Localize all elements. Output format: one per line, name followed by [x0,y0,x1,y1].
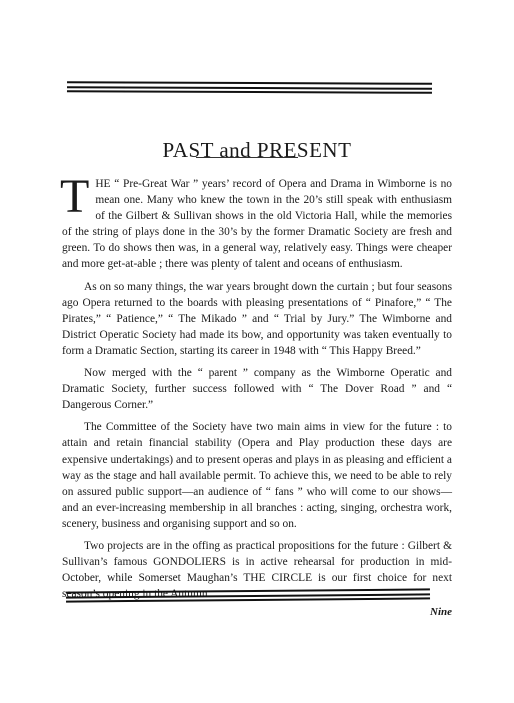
top-decorative-rule [67,79,432,97]
paragraph-2: As on so many things, the war years brou… [62,279,452,359]
page-title: PAST and PRESENT [0,138,514,163]
bottom-decorative-rule [66,586,430,605]
page-number: Nine [400,606,452,618]
paragraph-4: The Committee of the Society have two ma… [62,419,452,532]
paragraph-1: THE “ Pre-Great War ” years’ record of O… [62,176,452,273]
paragraph-3: Now merged with the “ parent ” company a… [62,365,452,413]
article-body: THE “ Pre-Great War ” years’ record of O… [62,176,452,608]
title-underline [196,157,298,158]
drop-cap: T [60,178,89,218]
